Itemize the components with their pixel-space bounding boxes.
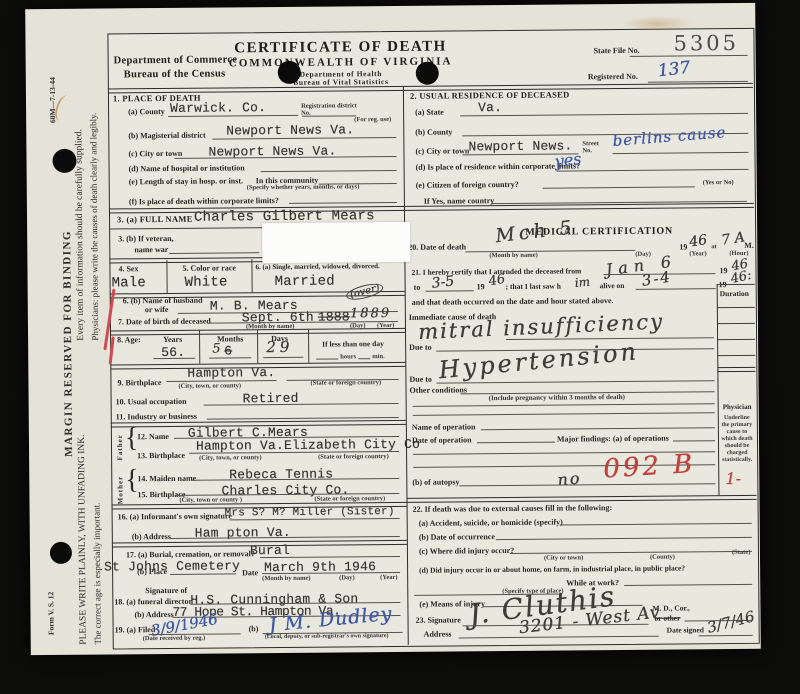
veteran-label: 3. (b) If veteran,: [118, 234, 173, 243]
due-to-1-label: Due to: [409, 343, 432, 352]
age-label: 8. Age:: [117, 335, 141, 344]
race-label: 5. Color or race: [182, 263, 236, 272]
county-value: Warwick. Co.: [170, 100, 266, 116]
residence-state-value: Va.: [478, 100, 502, 115]
age-months-struck: 6: [224, 343, 232, 358]
month-by-name-note: (Month by name): [262, 575, 310, 582]
autopsy-value: no: [556, 468, 582, 489]
residence-county-label: (b) County: [415, 127, 452, 136]
informant-address-label: (b) Address: [132, 532, 171, 541]
punch-hole: [416, 62, 439, 85]
filed-label: 19. (a) Filed: [115, 625, 156, 634]
city-town-label: (c) City or town: [128, 149, 182, 158]
year2-value: 46: [487, 272, 506, 290]
write-plainly-note: PLEASE WRITE PLAINLY, WITH UNFADING INK.: [77, 434, 89, 644]
occupation-label: 10. Usual occupation: [116, 397, 187, 407]
to-date-value: 3-5: [431, 273, 455, 291]
marital-label: 6. (a) Single, married, widowed, divorce…: [255, 262, 379, 271]
pregnancy-note: (Include pregnancy within 3 months of de…: [489, 393, 625, 402]
age-months-label: Months: [217, 334, 243, 343]
registered-label: Registered No.: [588, 72, 638, 81]
death-date-label: 20. Date of death: [408, 242, 466, 252]
full-name-label: 3. (a) FULL NAME: [117, 214, 193, 225]
state-foreign-note: (State or foreign country): [310, 379, 381, 387]
sidebar-divider-line: [717, 367, 755, 372]
day-note: (Day): [339, 574, 355, 581]
correct-age-note: The correct age is especially important.: [92, 503, 103, 645]
mother-name-label: 14. Maiden name: [137, 474, 196, 484]
physician-address-label: Address: [424, 630, 452, 639]
occurrence-date-label: (b) Date of occurrence: [419, 532, 495, 542]
last-saw-label: ; that I last saw h: [506, 282, 561, 291]
if-yes-country-label: If Yes, name country: [424, 196, 494, 206]
registrar-note: (Local, deputy, or sub-registrar's own s…: [265, 633, 389, 640]
sex-label: 4. Sex: [118, 264, 138, 273]
punch-hole: [50, 542, 72, 564]
section2-heading: 2. USUAL RESIDENCE OF DECEASED: [410, 89, 570, 100]
hospital-label: (d) Name of hospital or institution: [129, 163, 245, 173]
spouse-label: 6. (b) Name of husband: [123, 296, 203, 306]
hours-label: hours: [340, 353, 356, 360]
age-years-label: Years: [163, 335, 182, 344]
father-side-label: Father: [116, 434, 124, 460]
fill-line: [316, 358, 338, 359]
informant-label: 16. (a) Informant's own signature: [118, 511, 232, 521]
year2-prefix: 19: [477, 282, 485, 291]
specify-years-note: (Specify whether years, months, or days): [247, 183, 360, 191]
signature-of-label: Signature of: [145, 586, 187, 595]
fill-line: [358, 358, 370, 359]
min-label: min.: [372, 353, 385, 360]
burial-date-label: Date: [242, 568, 258, 577]
year1-prefix: 19: [719, 266, 727, 275]
city-or-town-note: (City or town): [544, 554, 583, 561]
magisterial-district-value: Newport News Va.: [226, 122, 354, 138]
cause-code-red: 092 B: [602, 449, 696, 485]
race-value: White: [185, 274, 228, 290]
year-note: (Year): [689, 250, 706, 257]
birthplace-value: Hampton Va.: [187, 365, 275, 381]
punch-hole: [278, 61, 301, 84]
red-mark: 1-: [725, 469, 741, 488]
due-to-2-label: Due to: [409, 375, 432, 384]
month-by-name-note: (Month by name): [489, 252, 537, 259]
state-file-label: State File No.: [594, 46, 640, 55]
county-label: (a) County: [128, 107, 165, 116]
less-than-day-label: If less than one day: [322, 339, 384, 349]
duration-label: Duration: [720, 289, 749, 298]
industry-label: 11. Industry or business: [116, 412, 197, 422]
form-number: Form V. S. 12: [46, 592, 55, 635]
city-county-note: (City, town, or county): [178, 382, 241, 390]
other-conditions-label: Other conditions: [409, 385, 466, 395]
city-county-note: (City, town, or county): [199, 454, 262, 462]
veteran-war-label: name war: [134, 245, 168, 254]
birth-date-label: 7. Date of birth of deceased: [118, 317, 211, 327]
physician-title: Physician: [723, 403, 752, 411]
major-findings-label: Major findings: (a) of operations: [557, 434, 669, 444]
him-value: im: [574, 275, 590, 290]
binding-margin-note: MARGIN RESERVED FOR BINDING: [61, 230, 75, 457]
meridiem-label: M.: [744, 241, 754, 250]
residence-corporate-value: yes: [554, 149, 583, 171]
punch-hole: [52, 149, 76, 173]
registrar-b-label: (b): [249, 624, 259, 633]
residence-city-label: (c) City or town: [415, 146, 469, 155]
year-note: (Year): [380, 574, 397, 581]
yes-or-no-note: (Yes or No): [703, 179, 734, 186]
length-of-stay-label: (e) Length of stay in hosp. or inst.: [129, 176, 243, 186]
foreign-citizen-label: (e) Citizen of foreign country?: [416, 180, 519, 190]
registered-number: 137: [657, 58, 692, 82]
physician-signature-label: 23. Signature: [416, 615, 461, 624]
date-received-note: (Date received by reg.): [143, 635, 206, 643]
street-no-label: Street No.: [582, 140, 608, 154]
sex-value: Male: [112, 275, 147, 291]
state-note: (State): [732, 549, 750, 556]
physicians-note: Physicians: please write the causes of d…: [88, 113, 100, 341]
date-signed-label: Date signed: [667, 625, 704, 634]
birth-year-corrected: 1889: [350, 306, 391, 321]
marital-value: Married: [275, 274, 335, 291]
residence-state-label: (a) State: [415, 108, 444, 117]
mother-side-label: Mother: [116, 476, 124, 505]
autopsy-label: (b) of autopsy: [412, 477, 459, 486]
death-hour-value: 7 A: [720, 229, 746, 248]
death-occurred-line: and that death occurred on the date and …: [412, 296, 614, 307]
county-note: (County): [650, 554, 675, 561]
alive-on-label: alive on: [600, 281, 625, 290]
magisterial-district-label: (b) Magisterial district: [128, 131, 205, 141]
state-foreign-note: (State or foreign country): [318, 453, 389, 461]
external-causes-heading: 22. If death was due to external causes …: [413, 503, 613, 514]
birthplace-label: 9. Birthplace: [117, 378, 161, 387]
redaction-box: [262, 222, 410, 263]
physician-note: Underline the primary cause to which dea…: [720, 415, 754, 464]
burial-place-value: St Johns Cemetery: [104, 558, 240, 574]
for-reg-use-note: (For reg. use): [354, 116, 391, 123]
spouse-label2: or wife: [145, 305, 169, 314]
state-file-number: 5305: [673, 31, 739, 56]
injury-where-label: (c) Where did injury occur?: [419, 546, 514, 556]
death-year-value: 46: [688, 232, 708, 250]
father-name-label: 12. Name: [137, 432, 169, 441]
age-months-corrected: 5: [212, 342, 220, 357]
operation-name-label: Name of operation: [412, 422, 476, 432]
to-label: to: [414, 283, 421, 292]
accident-label: (a) Accident, suicide, or homicide (spec…: [419, 518, 563, 528]
certificate-paper: 60M—7-13-44 MARGIN RESERVED FOR BINDING …: [25, 3, 761, 655]
father-birthplace-label: 13. Birthplace: [137, 451, 185, 460]
death-year-prefix: 19: [679, 242, 687, 251]
scanned-death-certificate: 60M—7-13-44 MARGIN RESERVED FOR BINDING …: [0, 0, 800, 694]
operation-date-label: Date of operation: [412, 435, 472, 445]
corporate-limits-label: (f) Is place of death within corporate l…: [129, 196, 279, 206]
at-label: at: [711, 243, 716, 250]
age-days-value: 29: [266, 338, 293, 356]
